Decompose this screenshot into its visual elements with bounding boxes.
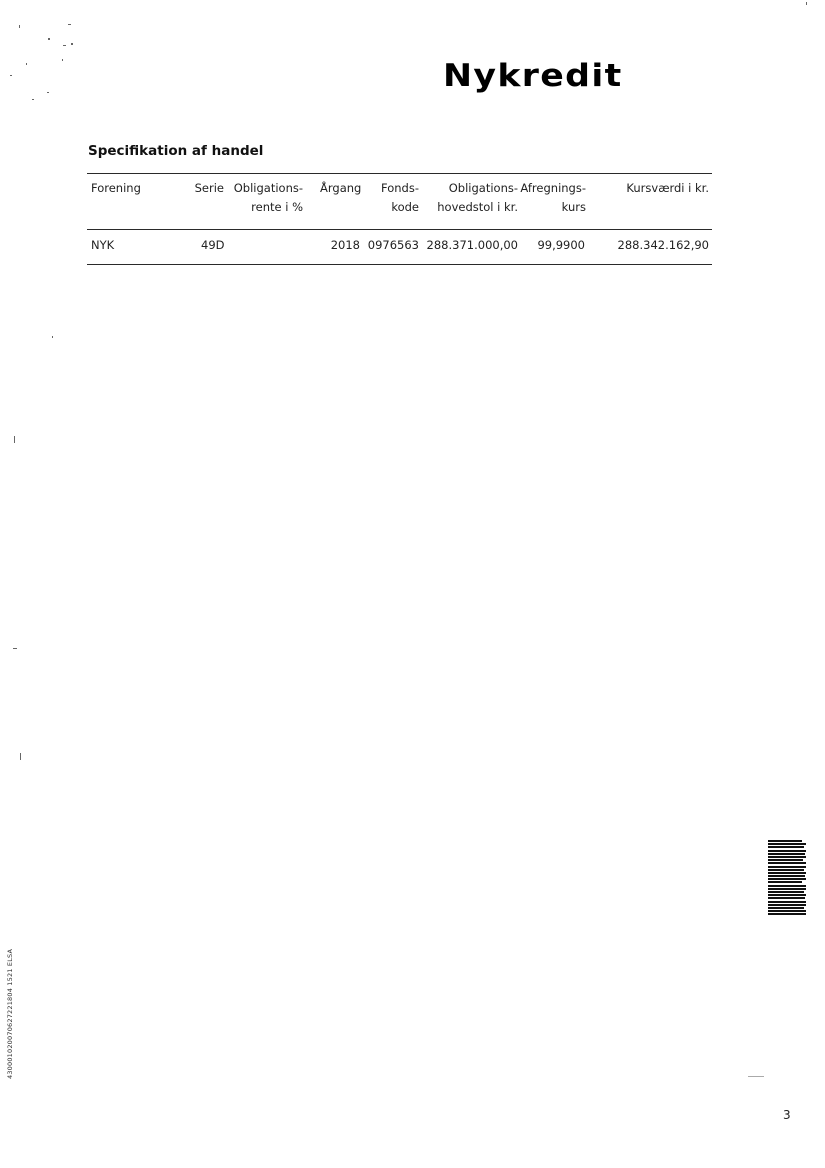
nykredit-logo: Nykredit (443, 58, 623, 94)
header-hovedstol: Obligations- hovedstol i kr. (437, 179, 518, 217)
scan-speck (14, 436, 15, 443)
page-number: 3 (783, 1108, 791, 1122)
header-obligationsrente: Obligations- rente i % (234, 179, 303, 217)
header-serie: Serie (195, 179, 224, 198)
scan-speck (19, 25, 20, 28)
scan-speck (32, 99, 34, 100)
cell-kursvaerdi: 288.342.162,90 (618, 236, 709, 255)
section-title: Specifikation af handel (88, 143, 263, 159)
cell-afregningskurs: 99,9900 (537, 236, 585, 255)
scan-speck (748, 1076, 764, 1077)
cell-fondskode: 0976563 (368, 236, 419, 255)
scan-speck (20, 753, 21, 760)
scan-speck (62, 59, 63, 61)
table-bottom-rule (87, 264, 712, 265)
header-argang: Årgang (320, 179, 361, 198)
cell-argang: 2018 (331, 236, 360, 255)
scan-speck (71, 43, 73, 45)
table-row: NYK 49D 2018 0976563 288.371.000,00 99,9… (87, 230, 712, 264)
scan-speck (48, 38, 50, 40)
cell-forening: NYK (91, 236, 114, 255)
table-header: Forening Serie Obligations- rente i % År… (87, 174, 712, 229)
header-fondskode: Fonds- kode (381, 179, 419, 217)
scan-speck (26, 63, 27, 65)
scan-speck (68, 24, 71, 25)
cell-serie: 49D (201, 236, 225, 255)
scan-speck (806, 2, 807, 5)
scan-speck (63, 45, 66, 46)
trade-specification-table: Forening Serie Obligations- rente i % År… (87, 173, 712, 265)
scan-speck (52, 336, 53, 338)
header-kursvaerdi: Kursværdi i kr. (626, 179, 709, 198)
cell-hovedstol: 288.371.000,00 (427, 236, 518, 255)
scan-speck (47, 92, 49, 93)
header-forening: Forening (91, 179, 141, 198)
scan-speck (10, 75, 12, 76)
barcode-icon (768, 840, 806, 922)
header-afregningskurs: Afregnings- kurs (520, 179, 586, 217)
document-side-code: 430001020070627221804 1521 ELSA (6, 959, 14, 1079)
scan-speck (13, 648, 17, 649)
